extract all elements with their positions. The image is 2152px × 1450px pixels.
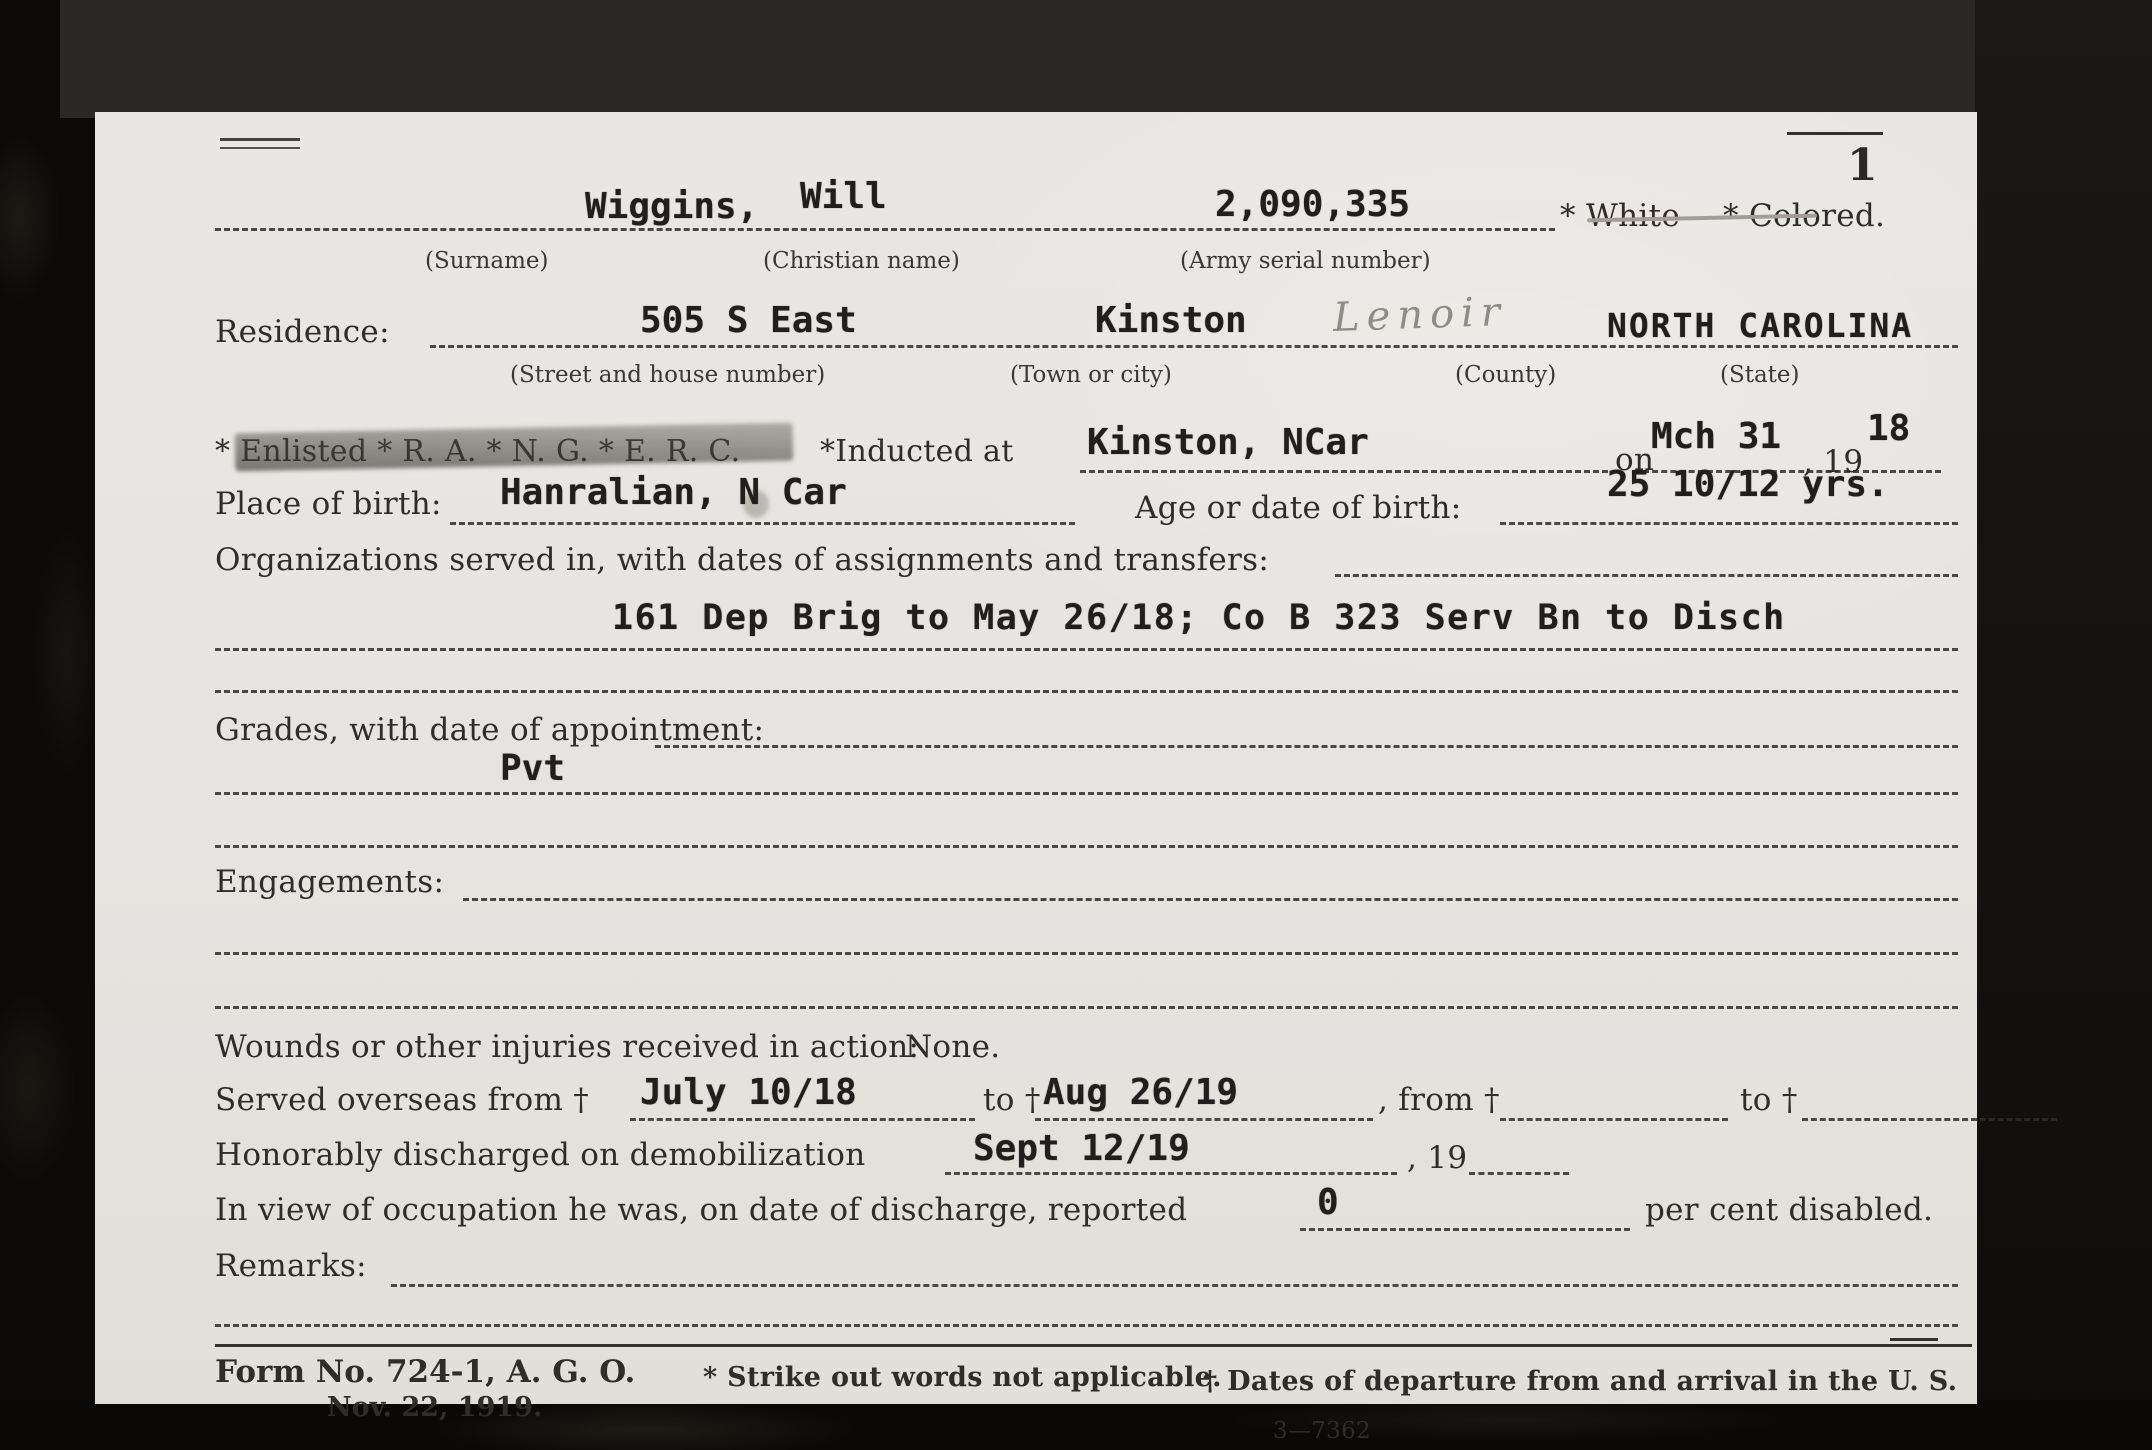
page-number-overline <box>1787 132 1883 135</box>
overseas-to2-line <box>1802 1118 2057 1121</box>
residence-label: Residence: <box>215 314 390 350</box>
grades-line-2 <box>215 845 1958 848</box>
grade-value: Pvt <box>500 748 565 789</box>
discharge-year-prefix: , 19 <box>1407 1140 1467 1176</box>
engagements-label: Engagements: <box>215 864 444 900</box>
organizations-label: Organizations served in, with dates of a… <box>215 542 1269 578</box>
place-of-birth-label: Place of birth: <box>215 486 442 522</box>
induction-date-value: Mch 31 <box>1651 416 1781 457</box>
induction-year-value: 18 <box>1867 408 1910 449</box>
county-handwritten-value: Lenoir <box>1332 289 1507 341</box>
overseas-to-label: to † <box>983 1082 1041 1118</box>
overseas-from-line <box>630 1118 975 1121</box>
form-number: Form No. 724-1, A. G. O. <box>215 1354 635 1390</box>
overseas-to2-label: to † <box>1740 1082 1798 1118</box>
discharge-label: Honorably discharged on demobilization <box>215 1137 865 1173</box>
state-label: (State) <box>1720 362 1800 388</box>
christian-name-value: Will <box>800 176 887 217</box>
age-line <box>1500 522 1958 525</box>
service-record-card: 1 Wiggins, Will 2,090,335 * White * Colo… <box>95 112 1977 1404</box>
street-value: 505 S East <box>640 300 857 341</box>
discharge-date-value: Sept 12/19 <box>973 1128 1190 1169</box>
bottom-blank-line <box>215 1324 1958 1327</box>
engagements-line-1 <box>215 952 1958 955</box>
remarks-line <box>391 1284 1958 1287</box>
age-label: Age or date of birth: <box>1135 490 1462 526</box>
discharge-year-line <box>1469 1172 1569 1175</box>
footer-rule-stub <box>1890 1338 1938 1341</box>
engagements-label-line <box>463 898 1958 901</box>
overseas-from-date-value: July 10/18 <box>640 1072 857 1113</box>
form-date: Nov. 22, 1919. <box>327 1392 542 1423</box>
state-value: NORTH CAROLINA <box>1607 306 1913 345</box>
disability-label: In view of occupation he was, on date of… <box>215 1192 1187 1228</box>
film-edge-strip <box>0 0 97 1450</box>
scan-background-right <box>1975 0 2152 1450</box>
overseas-from2-line <box>1500 1118 1728 1121</box>
army-serial-number-label: (Army serial number) <box>1180 248 1431 274</box>
discharge-date-line <box>945 1172 1397 1175</box>
organizations-line-2 <box>215 690 1958 693</box>
wounds-value: None. <box>905 1029 1000 1065</box>
served-overseas-label: Served overseas from † <box>215 1082 589 1118</box>
organizations-label-line <box>1335 574 1958 577</box>
disability-suffix-label: per cent disabled. <box>1645 1192 1933 1228</box>
street-label: (Street and house number) <box>510 362 825 388</box>
page-number: 1 <box>1847 140 1878 191</box>
surname-label: (Surname) <box>425 248 548 274</box>
surname-value: Wiggins, <box>585 186 758 227</box>
scan-background-top <box>60 0 2152 118</box>
town-label: (Town or city) <box>1010 362 1172 388</box>
army-serial-number-value: 2,090,335 <box>1215 184 1410 225</box>
overseas-to-date-value: Aug 26/19 <box>1043 1072 1238 1113</box>
engagements-line-2 <box>215 1006 1958 1009</box>
strike-out-note: * Strike out words not applicable. <box>703 1362 1222 1393</box>
organizations-value: 161 Dep Brig to May 26/18; Co B 323 Serv… <box>612 598 1786 638</box>
overseas-to-line <box>1035 1118 1373 1121</box>
wounds-label: Wounds or other injuries received in act… <box>215 1029 919 1065</box>
name-row-line <box>215 228 1555 231</box>
age-value: 25 10/12 yrs. <box>1607 464 1889 505</box>
place-of-birth-value: Hanralian, N Car <box>500 472 847 513</box>
disability-percent-value: 0 <box>1317 1182 1339 1223</box>
grades-line-1 <box>215 792 1958 795</box>
footer-rule <box>215 1344 1972 1347</box>
scan-background-bottom <box>0 1400 2152 1450</box>
county-label: (County) <box>1455 362 1556 388</box>
print-code: 3—7362 <box>1273 1418 1371 1444</box>
dagger-note: † Dates of departure from and arrival in… <box>1203 1366 1957 1397</box>
inducted-at-label: *Inducted at <box>820 434 1014 469</box>
town-value: Kinston <box>1095 300 1247 341</box>
residence-line <box>430 345 1958 348</box>
disability-value-line <box>1300 1228 1630 1231</box>
remarks-label: Remarks: <box>215 1248 367 1284</box>
scanned-document-stage: 1 Wiggins, Will 2,090,335 * White * Colo… <box>0 0 2152 1450</box>
inducted-place-line <box>1080 470 1608 473</box>
inducted-place-value: Kinston, NCar <box>1087 422 1369 463</box>
grades-label-line <box>655 745 1958 748</box>
grades-label: Grades, with date of appointment: <box>215 712 764 748</box>
overseas-from2-label: , from † <box>1378 1082 1500 1118</box>
top-left-mark <box>220 138 300 149</box>
organizations-line-1 <box>215 648 1958 651</box>
place-of-birth-line <box>450 522 1075 525</box>
christian-name-label: (Christian name) <box>763 248 960 274</box>
